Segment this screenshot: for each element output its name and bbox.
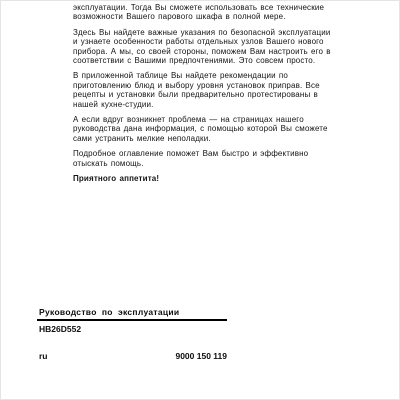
intro-text-block: эксплуатации. Тогда Вы сможете использов… [73, 3, 336, 190]
language-code: ru [39, 351, 48, 361]
intro-paragraph: Подробное оглавление поможет Вам быстро … [73, 149, 336, 168]
doc-meta-row: ru 9000 150 119 [39, 351, 227, 361]
intro-paragraph: В приложенной таблице Вы найдете рекомен… [73, 71, 336, 109]
doc-title: Руководство по эксплуатации [39, 307, 227, 317]
order-number: 9000 150 119 [175, 351, 227, 361]
manual-page: эксплуатации. Тогда Вы сможете использов… [0, 0, 400, 400]
intro-paragraph: эксплуатации. Тогда Вы сможете использов… [73, 3, 336, 22]
intro-paragraph: А если вдруг возникнет проблема — на стр… [73, 115, 336, 143]
colophon-block: Руководство по эксплуатации HB26D552 ru … [37, 307, 227, 361]
intro-paragraph: Здесь Вы найдете важные указания по безо… [73, 28, 336, 66]
title-divider [37, 319, 227, 321]
model-number: HB26D552 [39, 324, 227, 334]
closing-phrase: Приятного аппетита! [73, 174, 336, 183]
